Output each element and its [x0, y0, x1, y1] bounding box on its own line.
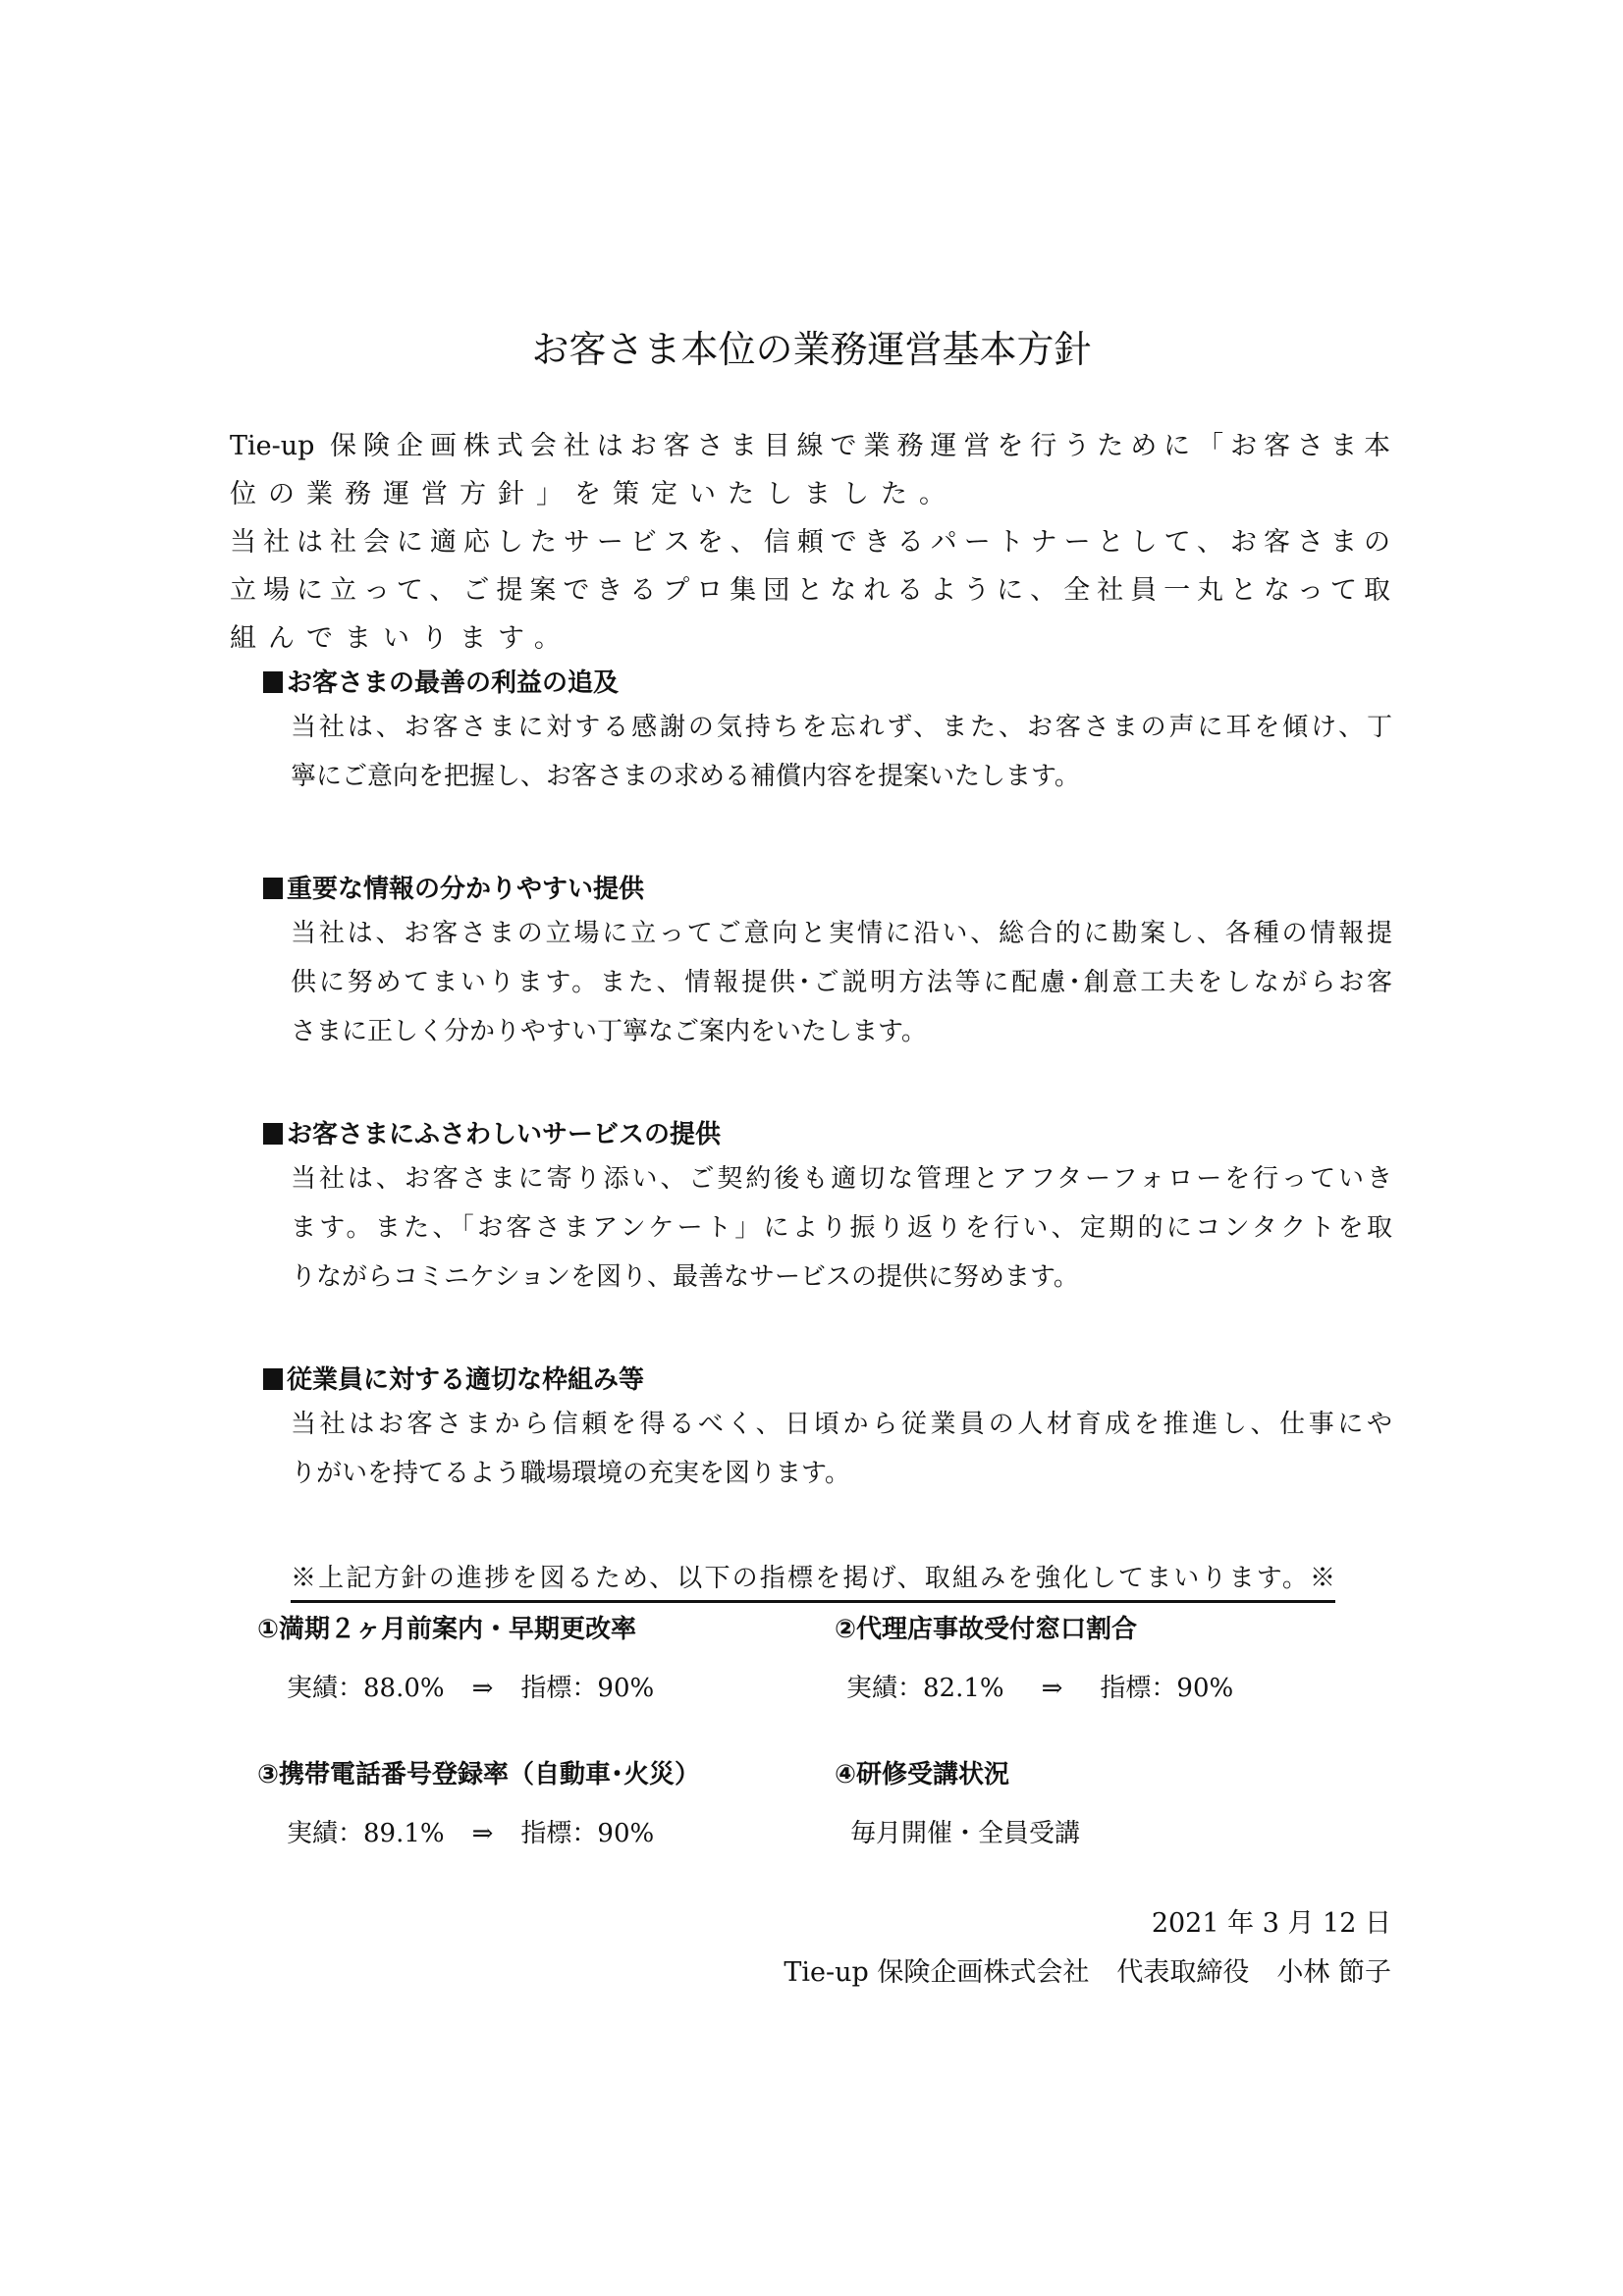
intro-paragraph: Tie-up 保険企画株式会社はお客さま目線で業務運営を行うために「お客さま本 … — [230, 422, 1390, 663]
document-date: 2021 年 3 月 12 日 — [1152, 1904, 1391, 1944]
section-line: 当社はお客さまから信頼を得るべく、日頃から従業員の人材育成を推進し、仕事にや — [291, 1400, 1392, 1449]
kpi-target: 指標：90% — [520, 1819, 654, 1848]
arrow-icon: ⇒ — [472, 1669, 494, 1708]
intro-line: 組んでまいります。 — [230, 614, 1390, 663]
kpi-target: 指標：90% — [520, 1674, 654, 1703]
kpi-values: 実績：88.0%⇒指標：90% — [257, 1669, 654, 1708]
kpi-values: 実績：89.1%⇒指標：90% — [257, 1814, 700, 1853]
kpi-actual: 実績：88.0% — [287, 1674, 445, 1703]
section-best-interest: お客さまの最善の利益の追及 当社は、お客さまに対する感謝の気持ちを忘れず、また、… — [263, 664, 1392, 801]
kpi-phone-registration: ③携帯電話番号登録率（自動車･火災） 実績：89.1%⇒指標：90% — [257, 1755, 700, 1853]
kpi-values: 実績：82.1%⇒指標：90% — [835, 1669, 1233, 1708]
section-heading: お客さまにふさわしいサービスの提供 — [263, 1115, 1392, 1154]
signature-company: Tie-up 保険企画株式会社 — [784, 1957, 1089, 1988]
section-line: りがいを持てるよう職場環境の充実を図ります。 — [291, 1449, 1392, 1498]
kpi-status: 毎月開催・全員受講 — [835, 1814, 1080, 1853]
kpi-target: 指標：90% — [1100, 1674, 1233, 1703]
section-heading: 従業員に対する適切な枠組み等 — [263, 1361, 1392, 1400]
section-employees: 従業員に対する適切な枠組み等 当社はお客さまから信頼を得るべく、日頃から従業員の… — [263, 1361, 1392, 1498]
section-line: りながらコミニケションを図り、最善なサービスの提供に努めます。 — [291, 1253, 1392, 1302]
section-line: さまに正しく分かりやすい丁寧なご案内をいたします。 — [291, 1007, 1392, 1056]
kpi-heading: ④研修受講状況 — [835, 1755, 1080, 1794]
section-line: 当社は、お客さまに寄り添い、ご契約後も適切な管理とアフターフォローを行っていき — [291, 1154, 1392, 1203]
arrow-icon: ⇒ — [1042, 1669, 1063, 1708]
section-service: お客さまにふさわしいサービスの提供 当社は、お客さまに寄り添い、ご契約後も適切な… — [263, 1115, 1392, 1302]
bullet-square-icon — [263, 671, 283, 693]
arrow-icon: ⇒ — [472, 1814, 494, 1853]
section-body: 当社は、お客さまに寄り添い、ご契約後も適切な管理とアフターフォローを行っていき … — [263, 1154, 1392, 1302]
kpi-accident-desk-ratio: ②代理店事故受付窓口割合 実績：82.1%⇒指標：90% — [835, 1610, 1233, 1708]
intro-line: Tie-up 保険企画株式会社はお客さま目線で業務運営を行うために「お客さま本 — [230, 422, 1390, 470]
section-line: 当社は、お客さまに対する感謝の気持ちを忘れず、また、お客さまの声に耳を傾け、丁 — [291, 703, 1392, 752]
section-information: 重要な情報の分かりやすい提供 当社は、お客さまの立場に立ってご意向と実情に沿い、… — [263, 870, 1392, 1056]
intro-line: 立場に立って、ご提案できるプロ集団となれるように、全社員一丸となって取 — [230, 566, 1390, 614]
signature-role: 代表取締役 — [1116, 1957, 1249, 1988]
bullet-square-icon — [263, 1368, 283, 1390]
kpi-actual: 実績：82.1% — [846, 1674, 1004, 1703]
kpi-heading: ②代理店事故受付窓口割合 — [835, 1610, 1233, 1649]
bullet-square-icon — [263, 1123, 283, 1145]
section-body: 当社は、お客さまに対する感謝の気持ちを忘れず、また、お客さまの声に耳を傾け、丁 … — [263, 703, 1392, 801]
intro-line: 位の業務運営方針」を策定いたしました。 — [230, 470, 1390, 518]
section-heading: お客さまの最善の利益の追及 — [263, 664, 1392, 703]
kpi-renewal-rate: ①満期２ヶ月前案内・早期更改率 実績：88.0%⇒指標：90% — [257, 1610, 654, 1708]
document-title: お客さま本位の業務運営基本方針 — [0, 326, 1623, 373]
signature-line: Tie-up 保険企画株式会社代表取締役小林 節子 — [784, 1953, 1391, 1993]
kpi-training: ④研修受講状況 毎月開催・全員受講 — [835, 1755, 1080, 1853]
section-line: 寧にご意向を把握し、お客さまの求める補償内容を提案いたします。 — [291, 752, 1392, 801]
kpi-actual: 実績：89.1% — [287, 1819, 445, 1848]
section-heading: 重要な情報の分かりやすい提供 — [263, 870, 1392, 909]
document-page: お客さま本位の業務運営基本方針 Tie-up 保険企画株式会社はお客さま目線で業… — [0, 0, 1623, 2296]
section-body: 当社はお客さまから信頼を得るべく、日頃から従業員の人材育成を推進し、仕事にや り… — [263, 1400, 1392, 1498]
section-line: 供に努めてまいります。また、情報提供･ご説明方法等に配慮･創意工夫をしながらお客 — [291, 958, 1392, 1007]
kpi-heading: ③携帯電話番号登録率（自動車･火災） — [257, 1755, 700, 1794]
section-body: 当社は、お客さまの立場に立ってご意向と実情に沿い、総合的に勘案し、各種の情報提 … — [263, 909, 1392, 1056]
section-line: 当社は、お客さまの立場に立ってご意向と実情に沿い、総合的に勘案し、各種の情報提 — [291, 909, 1392, 958]
kpi-heading: ①満期２ヶ月前案内・早期更改率 — [257, 1610, 654, 1649]
intro-line: 当社は社会に適応したサービスを、信頼できるパートナーとして、お客さまの — [230, 518, 1390, 566]
section-line: ます。また、「お客さまアンケート」により振り返りを行い、定期的にコンタクトを取 — [291, 1203, 1392, 1253]
kpi-note: ※上記方針の進捗を図るため、以下の指標を掲げ、取組みを強化してまいります。※ — [291, 1559, 1335, 1603]
signature-name: 小林 節子 — [1276, 1957, 1391, 1988]
bullet-square-icon — [263, 878, 283, 899]
